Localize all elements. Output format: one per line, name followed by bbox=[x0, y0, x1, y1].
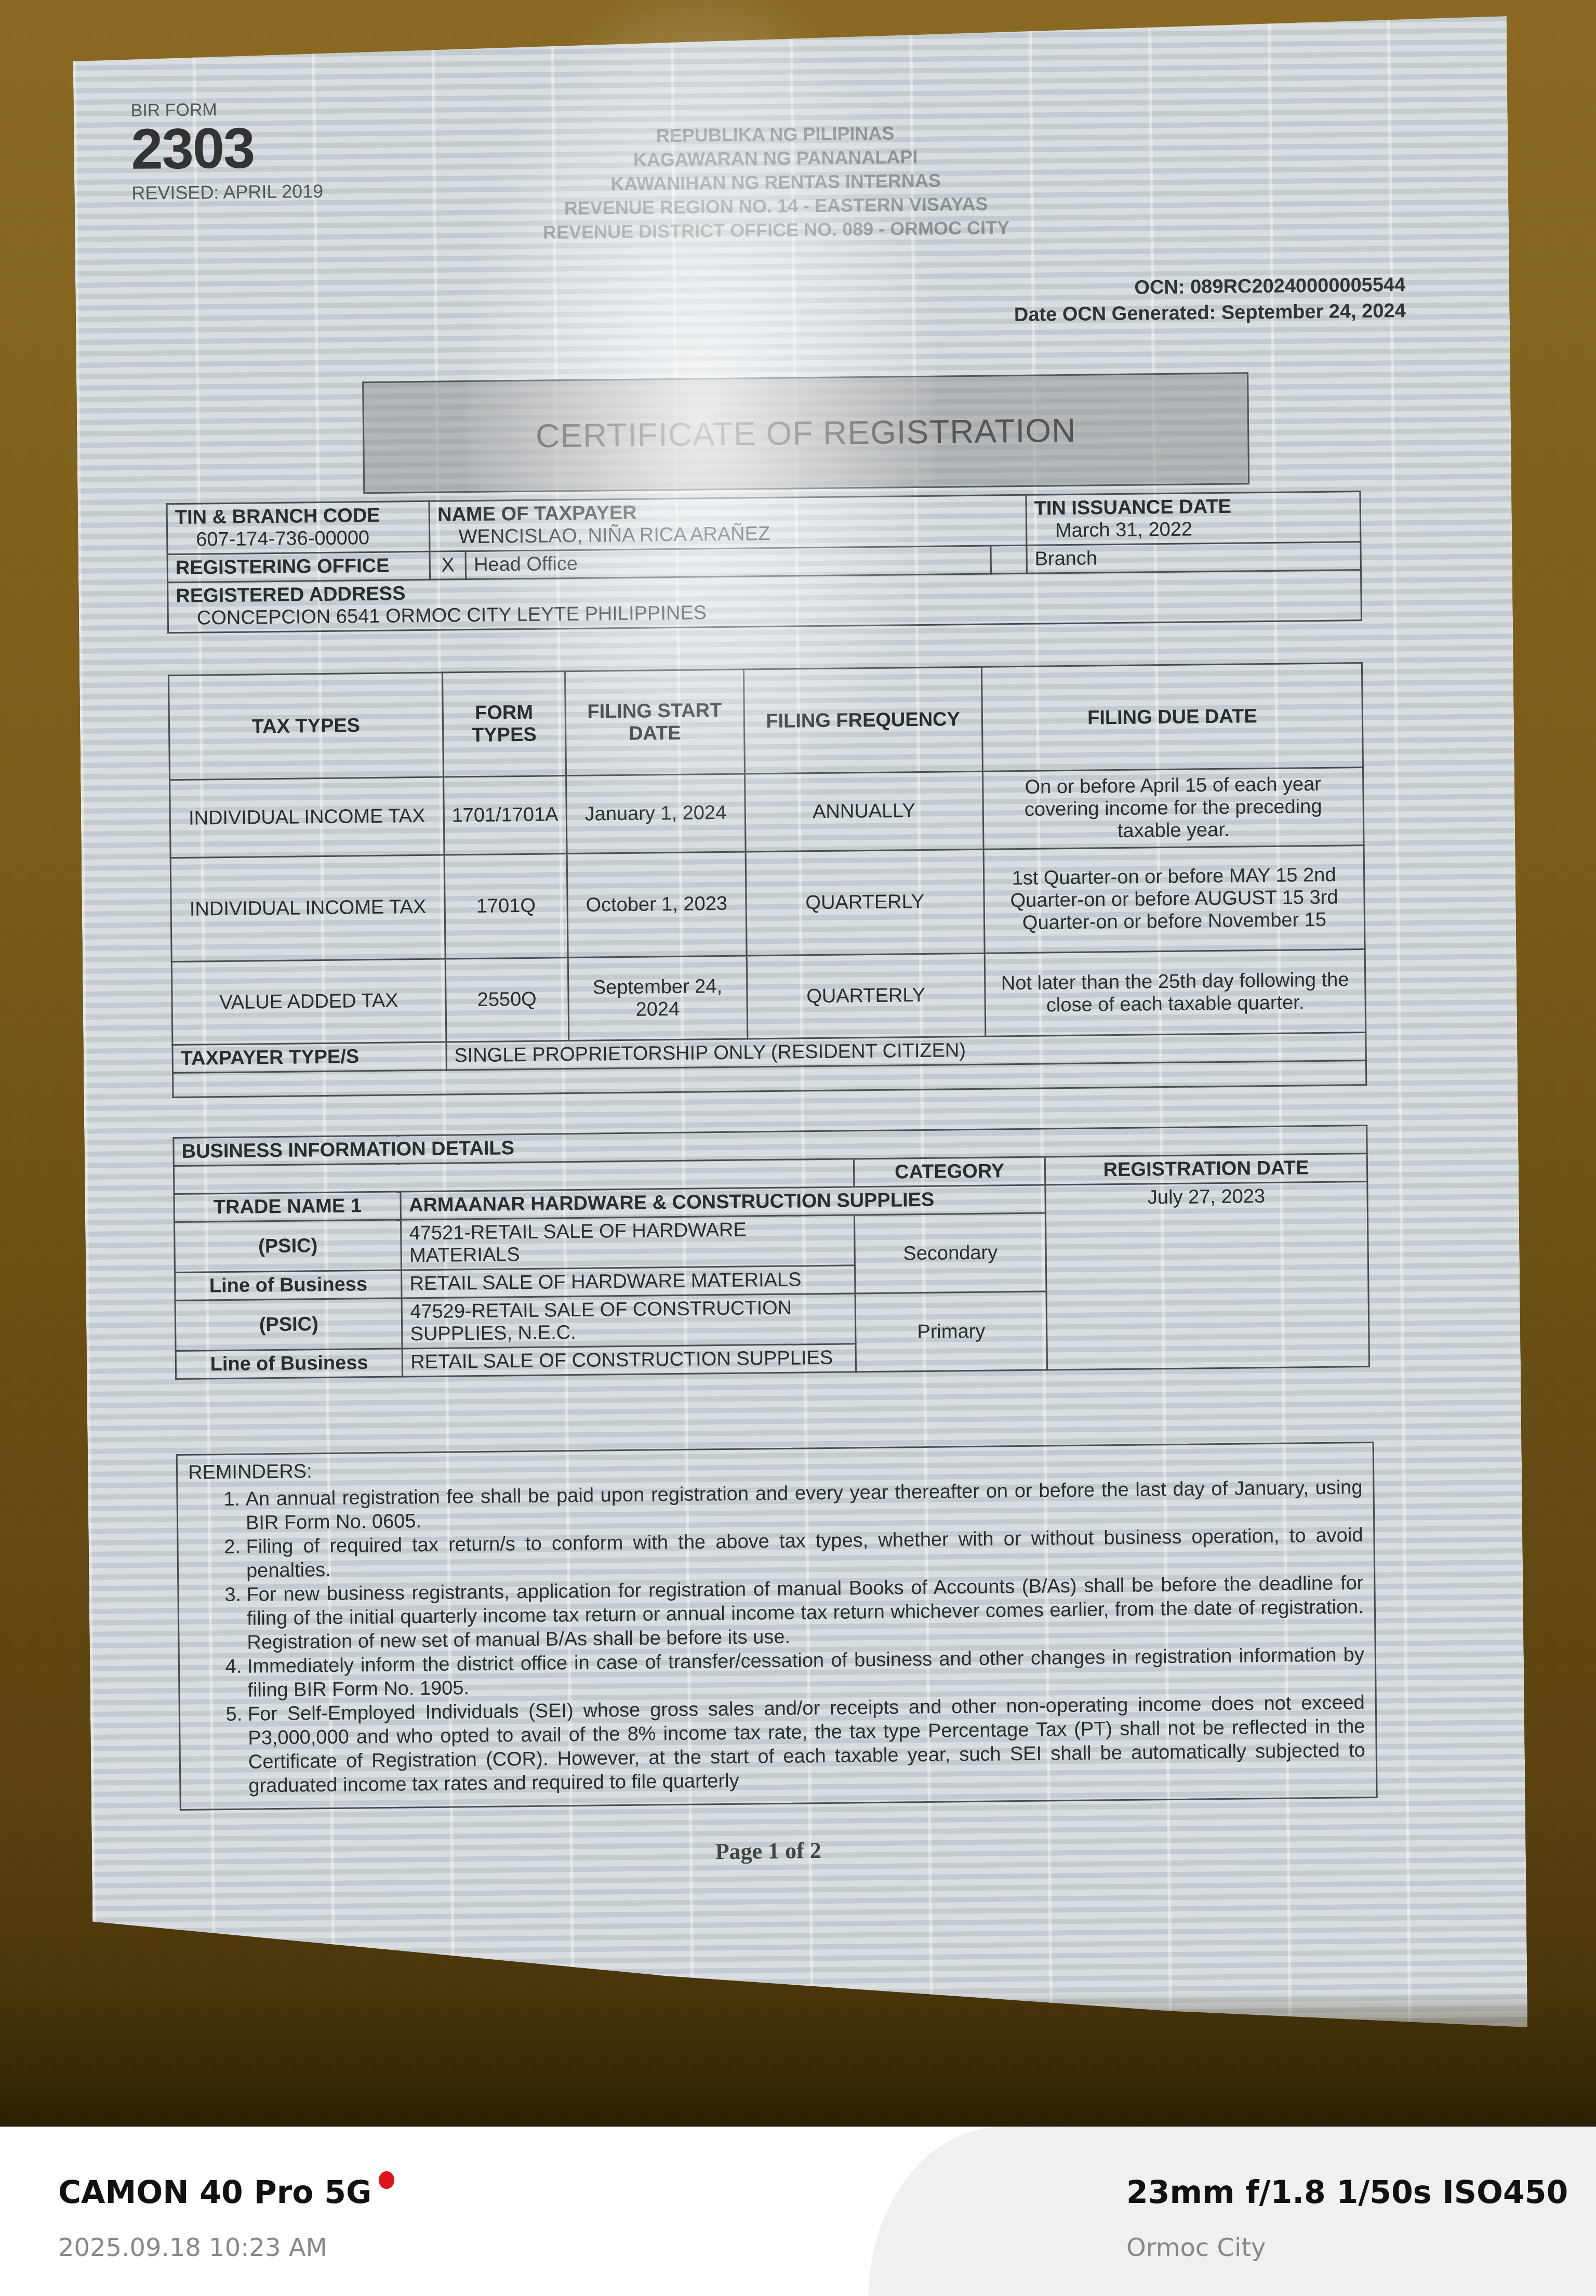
tin-label: TIN & BRANCH CODE bbox=[175, 504, 422, 529]
certificate-paper: BIR FORM 2303 REVISED: APRIL 2019 REPUBL… bbox=[73, 16, 1527, 2042]
registration-date-header: REGISTRATION DATE bbox=[1045, 1154, 1367, 1185]
category-value: Primary bbox=[855, 1291, 1047, 1372]
form-number: 2303 bbox=[131, 119, 323, 178]
line-of-business-label: Line of Business bbox=[175, 1270, 402, 1301]
reminder-item: For new business registrants, applicatio… bbox=[246, 1571, 1364, 1655]
form-identifier: BIR FORM 2303 REVISED: APRIL 2019 bbox=[130, 99, 323, 204]
column-header: FORM TYPES bbox=[442, 671, 566, 777]
frequency: ANNUALLY bbox=[744, 771, 983, 852]
branch-label: Branch bbox=[1027, 542, 1361, 574]
psic-value: 47529-RETAIL SALE OF CONSTRUCTION SUPPLI… bbox=[402, 1294, 856, 1349]
registration-date-value: July 27, 2023 bbox=[1045, 1182, 1369, 1370]
trade-name-label: TRADE NAME 1 bbox=[174, 1192, 401, 1222]
taxpayer-info-table: TIN & BRANCH CODE 607-174-736-00000 NAME… bbox=[166, 491, 1363, 634]
column-header: FILING START DATE bbox=[565, 669, 744, 776]
reminders-box: REMINDERS: An annual registration fee sh… bbox=[176, 1442, 1378, 1811]
line-of-business-value: RETAIL SALE OF HARDWARE MATERIALS bbox=[402, 1265, 855, 1298]
taxpayer-type-label: TAXPAYER TYPE/S bbox=[172, 1042, 446, 1073]
tax-type: INDIVIDUAL INCOME TAX bbox=[170, 777, 444, 858]
head-office-checkbox: X bbox=[430, 551, 465, 580]
start-date: September 24, 2024 bbox=[568, 956, 747, 1041]
category-header: CATEGORY bbox=[854, 1157, 1045, 1187]
red-dot-icon bbox=[379, 2171, 394, 2189]
psic-label: (PSIC) bbox=[175, 1298, 402, 1351]
psic-value: 47521-RETAIL SALE OF HARDWARE MATERIALS bbox=[401, 1215, 855, 1270]
start-date: October 1, 2023 bbox=[567, 852, 747, 958]
ocn-date: Date OCN Generated: September 24, 2024 bbox=[1014, 298, 1406, 328]
tin-cell: TIN & BRANCH CODE 607-174-736-00000 bbox=[167, 501, 430, 554]
watermark-right-panel bbox=[869, 2127, 1596, 2296]
branch-checkbox bbox=[991, 545, 1027, 574]
tax-type: VALUE ADDED TAX bbox=[171, 959, 446, 1045]
start-date: January 1, 2024 bbox=[566, 774, 745, 854]
document-title: CERTIFICATE OF REGISTRATION bbox=[536, 411, 1076, 455]
tax-type: INDIVIDUAL INCOME TAX bbox=[170, 855, 445, 962]
form-type: 2550Q bbox=[445, 958, 569, 1042]
frequency: QUARTERLY bbox=[747, 953, 986, 1039]
tin-issuance-cell: TIN ISSUANCE DATE March 31, 2022 bbox=[1026, 492, 1361, 546]
due-date: 1st Quarter-on or before MAY 15 2nd Quar… bbox=[983, 846, 1365, 954]
form-revision: REVISED: APRIL 2019 bbox=[131, 180, 323, 204]
camera-model: CAMON 40 Pro 5G bbox=[58, 2174, 394, 2211]
form-type: 1701Q bbox=[444, 854, 568, 959]
camera-model-text: CAMON 40 Pro 5G bbox=[58, 2174, 371, 2211]
title-banner: CERTIFICATE OF REGISTRATION bbox=[362, 372, 1249, 494]
page-indicator: Page 1 of 2 bbox=[715, 1837, 821, 1865]
tin-issuance-label: TIN ISSUANCE DATE bbox=[1034, 494, 1352, 520]
reminders-list: An annual registration fee shall be paid… bbox=[188, 1475, 1365, 1799]
table-row: INDIVIDUAL INCOME TAX 1701/1701A January… bbox=[170, 768, 1364, 858]
registering-office-label: REGISTERING OFFICE bbox=[167, 551, 430, 582]
column-header: TAX TYPES bbox=[168, 672, 443, 780]
line-of-business-label: Line of Business bbox=[176, 1349, 403, 1379]
frequency: QUARTERLY bbox=[746, 849, 985, 956]
tin-value: 607-174-736-00000 bbox=[175, 526, 422, 551]
line-of-business-value: RETAIL SALE OF CONSTRUCTION SUPPLIES bbox=[403, 1344, 856, 1377]
due-date: Not later than the 25th day following th… bbox=[985, 949, 1366, 1037]
capture-location: Ormoc City bbox=[1126, 2233, 1266, 2262]
camera-watermark-bar: CAMON 40 Pro 5G 2025.09.18 10:23 AM 23mm… bbox=[0, 2127, 1596, 2296]
form-type: 1701/1701A bbox=[443, 776, 567, 855]
table-row: VALUE ADDED TAX 2550Q September 24, 2024… bbox=[171, 949, 1366, 1045]
ocn-number: OCN: 089RC20240000005544 bbox=[1014, 272, 1405, 302]
column-header: FILING DUE DATE bbox=[981, 663, 1363, 772]
column-header: FILING FREQUENCY bbox=[743, 667, 982, 774]
taxpayer-name-cell: NAME OF TAXPAYER WENCISLAO, NIÑA RICA AR… bbox=[429, 495, 1026, 551]
tin-issuance-value: March 31, 2022 bbox=[1034, 517, 1353, 542]
business-info-table: BUSINESS INFORMATION DETAILS CATEGORY RE… bbox=[172, 1125, 1370, 1380]
agency-header: REPUBLIKA NG PILIPINAS KAGAWARAN NG PANA… bbox=[437, 119, 1114, 246]
tax-types-table: TAX TYPES FORM TYPES FILING START DATE F… bbox=[168, 662, 1367, 1098]
photo-area: BIR FORM 2303 REVISED: APRIL 2019 REPUBL… bbox=[0, 0, 1596, 2127]
ocn-block: OCN: 089RC20240000005544 Date OCN Genera… bbox=[1014, 272, 1406, 328]
category-value: Secondary bbox=[855, 1213, 1046, 1294]
psic-label: (PSIC) bbox=[175, 1220, 402, 1273]
reminder-item: For Self-Employed Individuals (SEI) whos… bbox=[248, 1691, 1366, 1798]
table-row: INDIVIDUAL INCOME TAX 1701Q October 1, 2… bbox=[170, 846, 1365, 962]
due-date: On or before April 15 of each year cover… bbox=[982, 768, 1364, 850]
exif-info: 23mm f/1.8 1/50s ISO450 bbox=[1126, 2174, 1568, 2211]
certificate-document: BIR FORM 2303 REVISED: APRIL 2019 REPUBL… bbox=[73, 16, 1527, 2042]
capture-datetime: 2025.09.18 10:23 AM bbox=[58, 2233, 327, 2262]
